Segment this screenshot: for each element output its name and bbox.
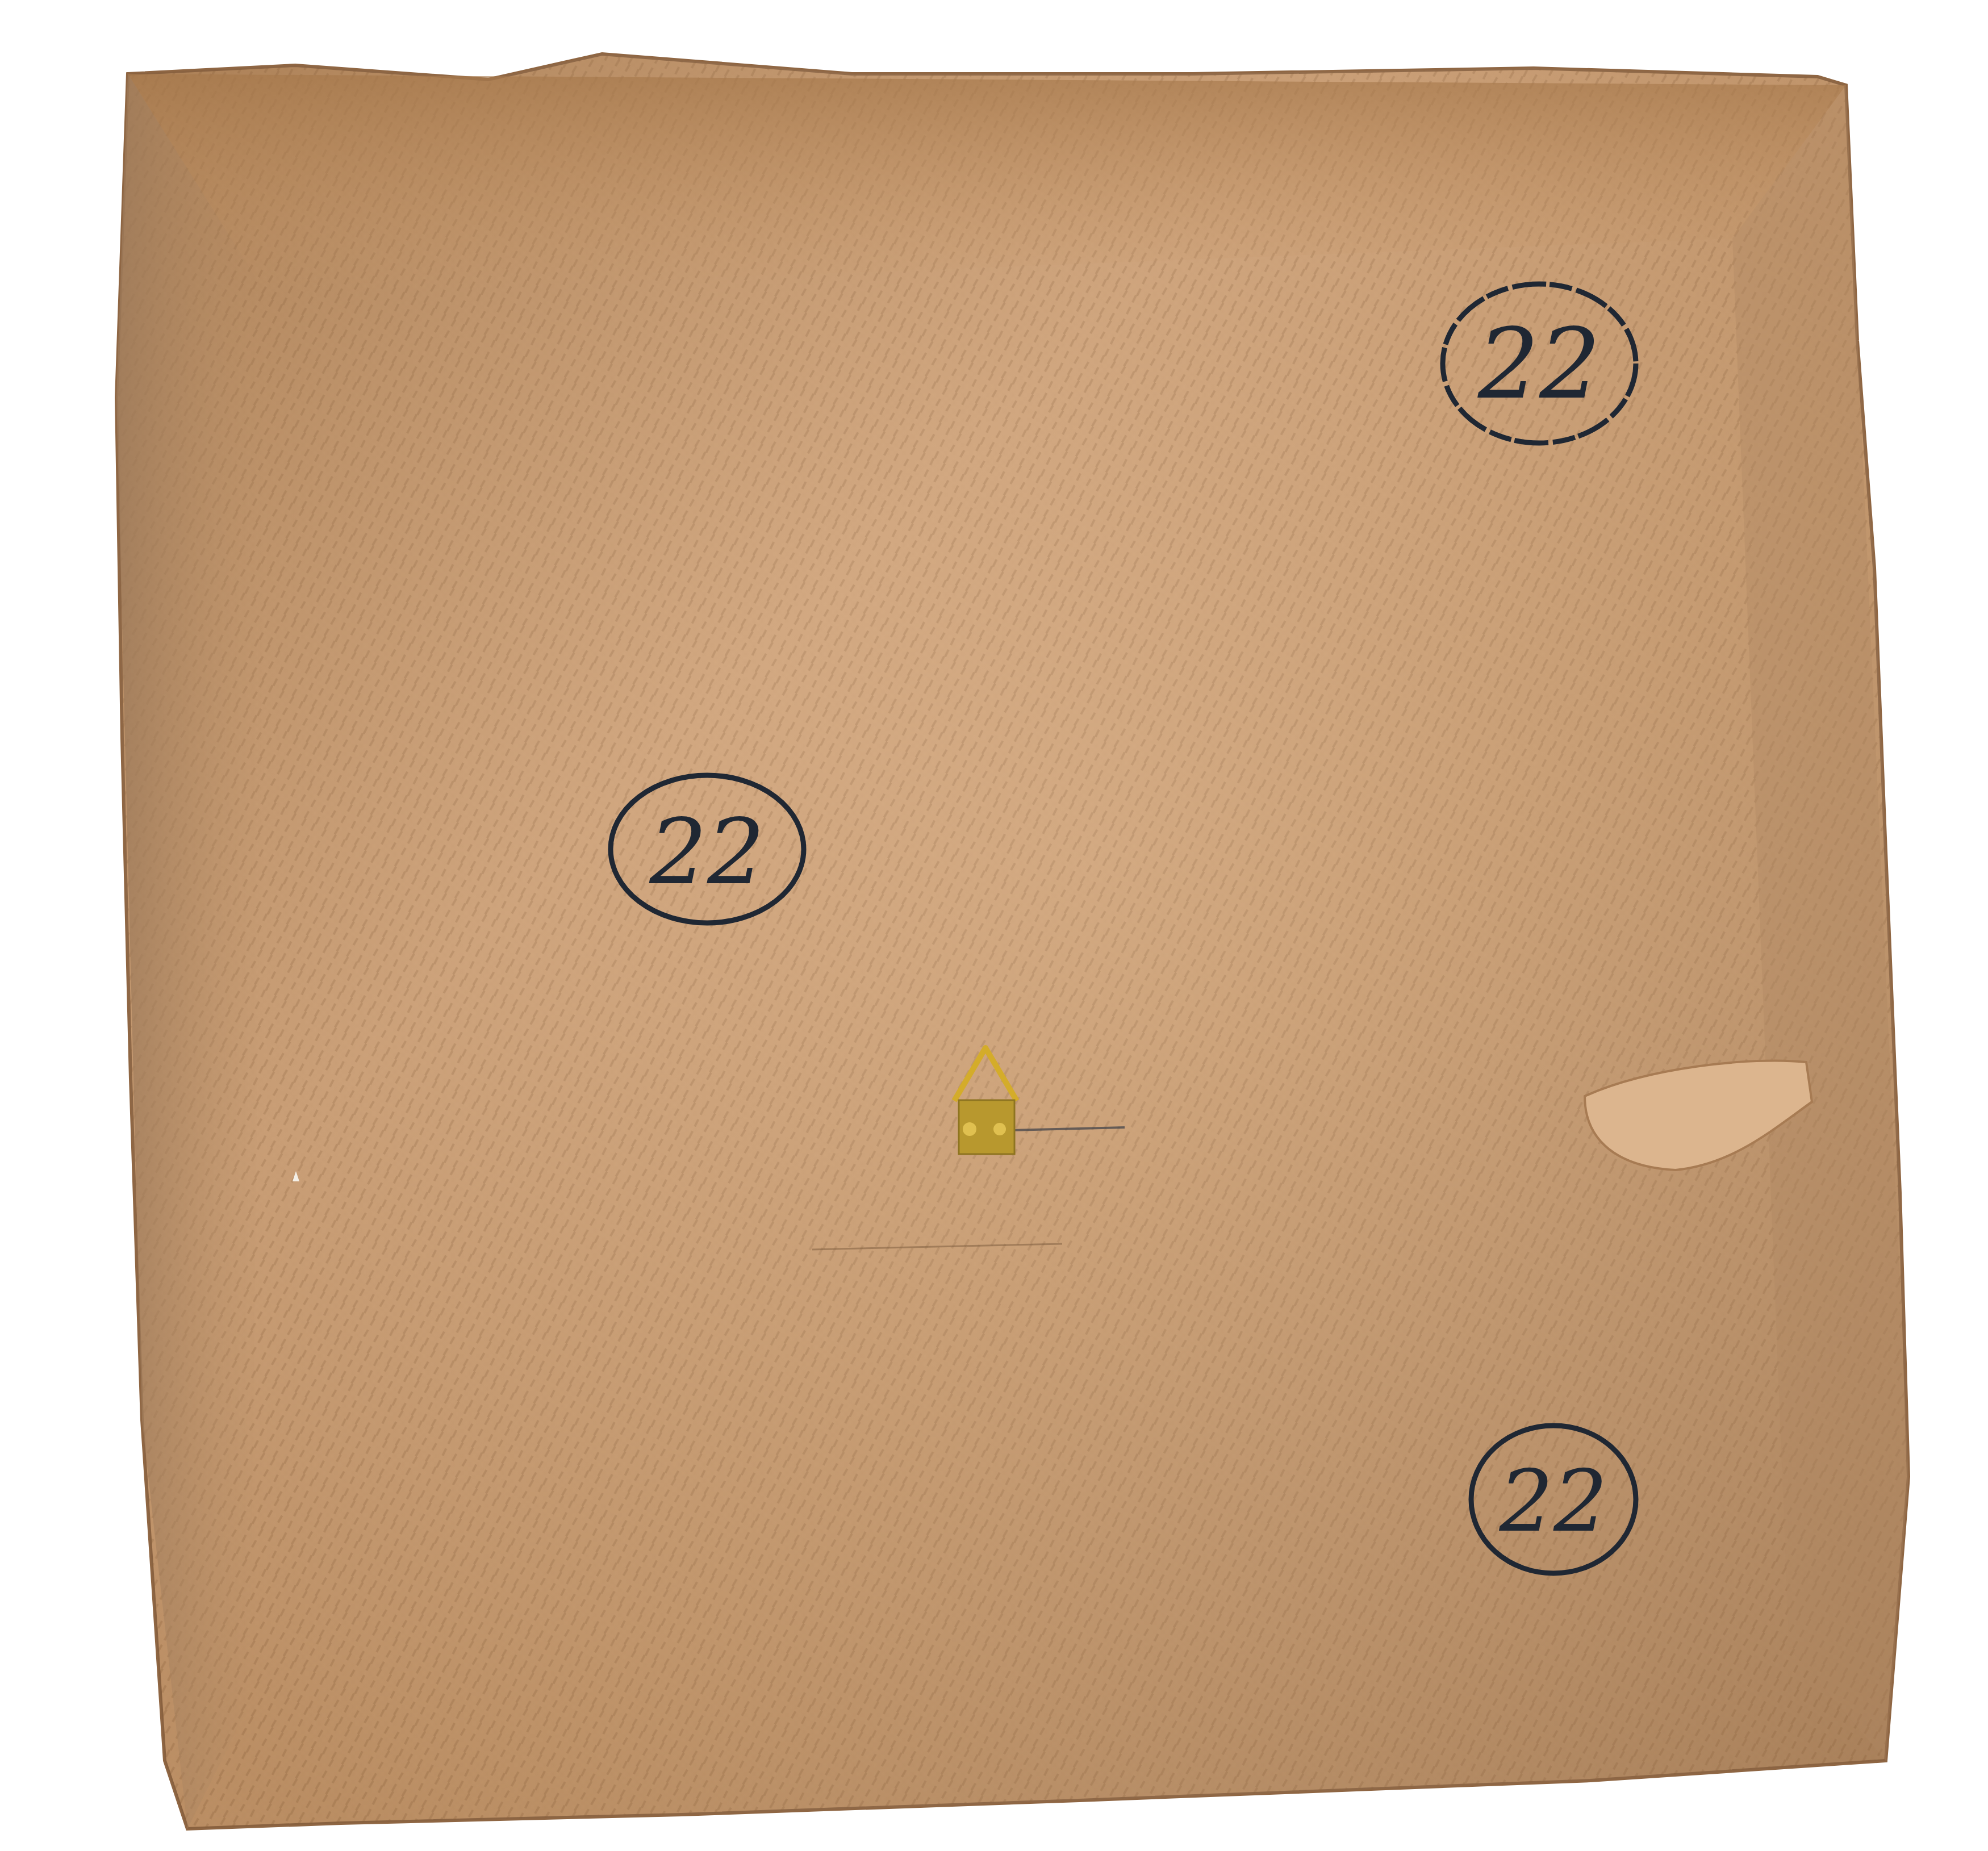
svg-text:22: 22 (649, 799, 765, 905)
photo-scene: 22 22 22 Back of a hand-carved wooden pa… (0, 0, 1988, 1851)
svg-text:22: 22 (1477, 308, 1601, 421)
svg-text:22: 22 (1499, 1452, 1608, 1551)
left-bevel (116, 74, 267, 1829)
wooden-panel: 22 22 22 (0, 0, 1988, 1851)
